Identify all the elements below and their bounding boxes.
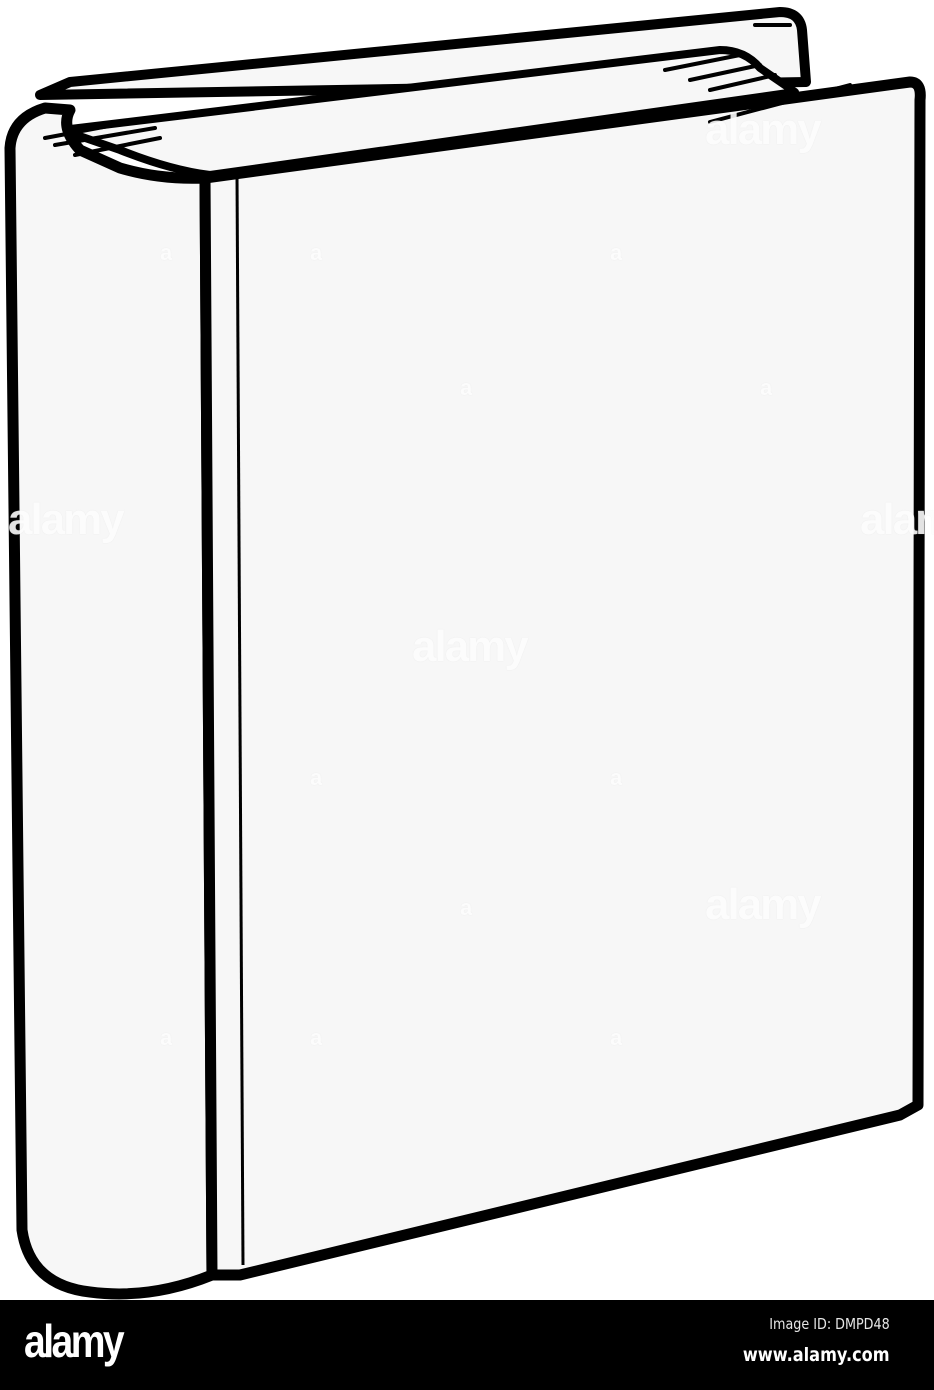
- alamy-logo: alamy: [24, 1314, 122, 1368]
- website-label: www.alamy.com: [743, 1344, 890, 1366]
- book-spine: [10, 108, 212, 1294]
- watermark-footer-bar: alamy Image ID: DMPD48 www.alamy.com: [0, 1300, 934, 1390]
- image-id-label: Image ID: DMPD48: [770, 1315, 890, 1333]
- book-front-cover: [205, 82, 920, 1275]
- book-illustration: [0, 0, 934, 1300]
